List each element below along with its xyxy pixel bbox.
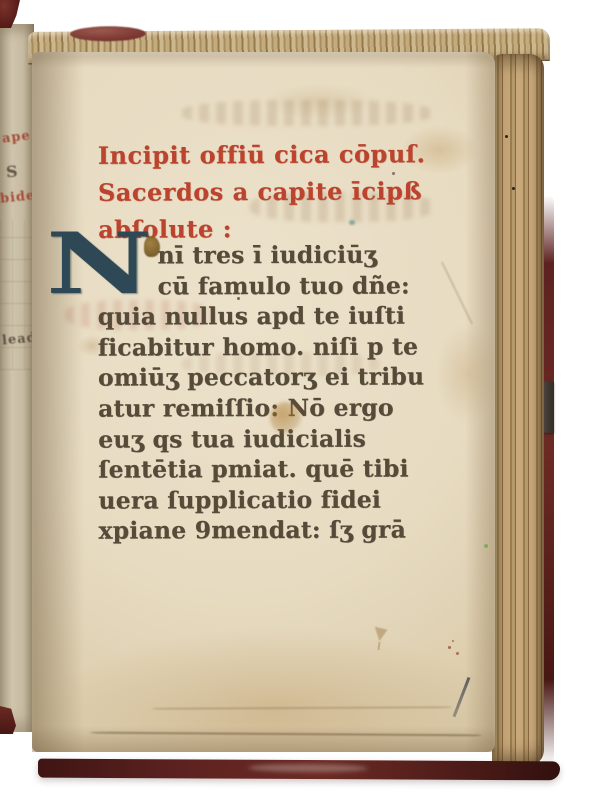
edge-speck bbox=[505, 135, 508, 138]
left-page-edge: ape S bide lead bbox=[0, 24, 34, 732]
text-line: quia nullus apd te iuſti bbox=[98, 301, 424, 333]
triangle-doodle bbox=[377, 642, 380, 650]
book-fore-edge-pages bbox=[492, 54, 544, 766]
parchment-crease bbox=[152, 706, 452, 710]
text-line: xpiane 9mendat: ſʒ grā bbox=[98, 515, 424, 547]
ink-stain bbox=[270, 402, 302, 434]
text-line: nī tres ī iudiciūʒ bbox=[97, 239, 423, 271]
text-line: omiūʒ peccatorʒ ei tribu bbox=[98, 362, 424, 394]
left-page-text-fragment: ape bbox=[1, 128, 31, 146]
teal-ink-speck bbox=[349, 220, 355, 225]
text-line: ficabitur homo. niſi p te bbox=[98, 331, 424, 363]
page-edge-shadow bbox=[465, 52, 495, 752]
clasp-fitting bbox=[544, 381, 554, 433]
rust-speck bbox=[452, 640, 454, 642]
triangle-doodle bbox=[372, 627, 388, 643]
body-text: nī tres ī iudiciūʒ cū famulo tuo dñe: qu… bbox=[97, 239, 424, 546]
text-line: cū famulo tuo dñe: bbox=[98, 270, 424, 302]
manuscript-photo: ape S bide lead Incipit offiū cica cōpuſ… bbox=[0, 0, 600, 800]
leather-cover-bottom bbox=[38, 759, 560, 781]
rubric-line: Incipit offiū cica cōpuſ. bbox=[98, 135, 426, 174]
bleed-through-text bbox=[182, 100, 432, 126]
page-edge-shadow bbox=[32, 52, 495, 68]
ink-fleck bbox=[237, 297, 240, 300]
rust-speck bbox=[456, 652, 459, 655]
rust-speck bbox=[448, 646, 451, 649]
cover-scuff-mark bbox=[248, 764, 368, 773]
rubric-line: Sacerdos a capite īcipß bbox=[98, 172, 426, 211]
text-line: atur remiſſio: Nō ergo bbox=[98, 392, 424, 424]
page-edge-shadow bbox=[32, 726, 495, 752]
text-line: euʒ qs tua iudicialis bbox=[98, 423, 424, 455]
headband bbox=[70, 26, 146, 42]
text-line: uera ſupplicatio fidei bbox=[98, 484, 424, 516]
parchment-page: Incipit offiū cica cōpuſ. Sacerdos a cap… bbox=[32, 52, 495, 752]
green-speck bbox=[484, 544, 488, 548]
text-line: ſentētia pmiat. quē tibi bbox=[98, 454, 424, 486]
gutter-shadow bbox=[32, 52, 84, 752]
left-page-text-fragment: S bbox=[5, 162, 19, 182]
ink-fleck bbox=[392, 172, 395, 175]
edge-speck bbox=[512, 187, 515, 190]
left-page-text-fragment: bide bbox=[0, 188, 36, 207]
